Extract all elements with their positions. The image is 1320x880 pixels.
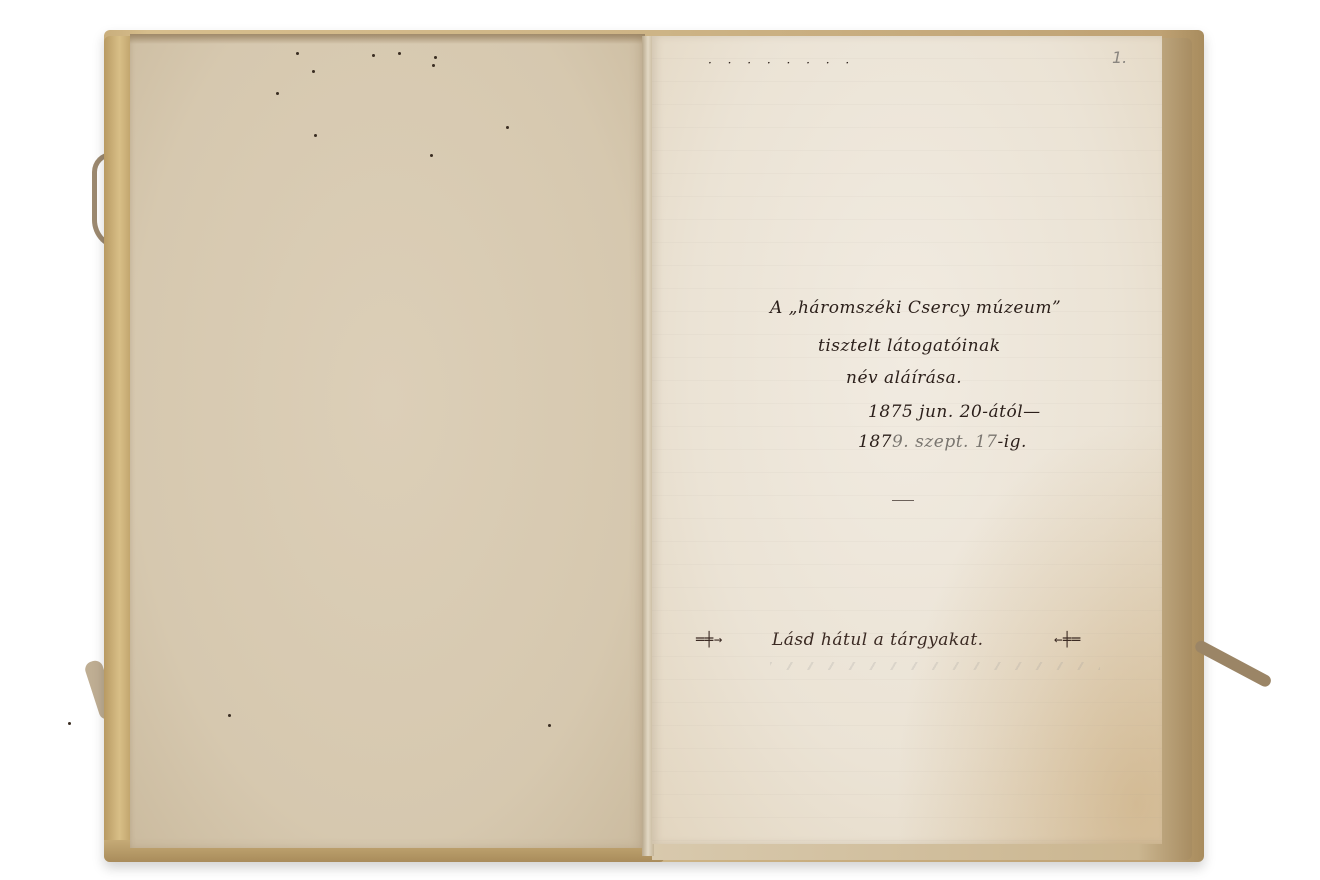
date-start: 1875 jun. 20-ától—	[868, 402, 1041, 422]
speck	[312, 70, 315, 73]
pointing-hand-right-icon: ←╪═	[1054, 632, 1081, 648]
speck	[228, 714, 231, 717]
title-line-2: tisztelt látogatóinak	[818, 336, 1001, 356]
speck	[430, 154, 433, 157]
footer-note: Lásd hátul a tárgyakat.	[772, 630, 984, 650]
speck	[398, 52, 401, 55]
pointing-hand-left-icon: ═╪→	[696, 632, 723, 648]
date-end-pencil: 9. szept. 17	[892, 432, 998, 452]
speck	[296, 52, 299, 55]
cover-left-edge	[104, 36, 130, 858]
speck	[68, 722, 71, 725]
title-line-3: név aláírása.	[846, 368, 962, 388]
speck	[434, 56, 437, 59]
date-end: 1879. szept. 17-ig.	[858, 432, 1027, 452]
speck	[314, 134, 317, 137]
speck	[372, 54, 375, 57]
page-number: 1.	[1112, 48, 1127, 67]
date-end-ink-tail: -ig.	[997, 432, 1026, 452]
date-end-ink: 187	[858, 432, 892, 452]
book-photo: 1. · · · · · · · · A „háromszéki Csercy …	[0, 0, 1320, 880]
wavy-pencil-underline	[770, 662, 1100, 670]
faded-top-marks: · · · · · · · ·	[708, 56, 855, 70]
top-stain	[130, 34, 645, 44]
separator-dash	[892, 500, 914, 501]
speck	[548, 724, 551, 727]
title-line-1: A „háromszéki Csercy múzeum”	[770, 298, 1061, 318]
speck	[506, 126, 509, 129]
speck	[276, 92, 279, 95]
left-pastedown-page	[130, 34, 645, 848]
speck	[432, 64, 435, 67]
right-cloth-tie	[1193, 639, 1273, 689]
